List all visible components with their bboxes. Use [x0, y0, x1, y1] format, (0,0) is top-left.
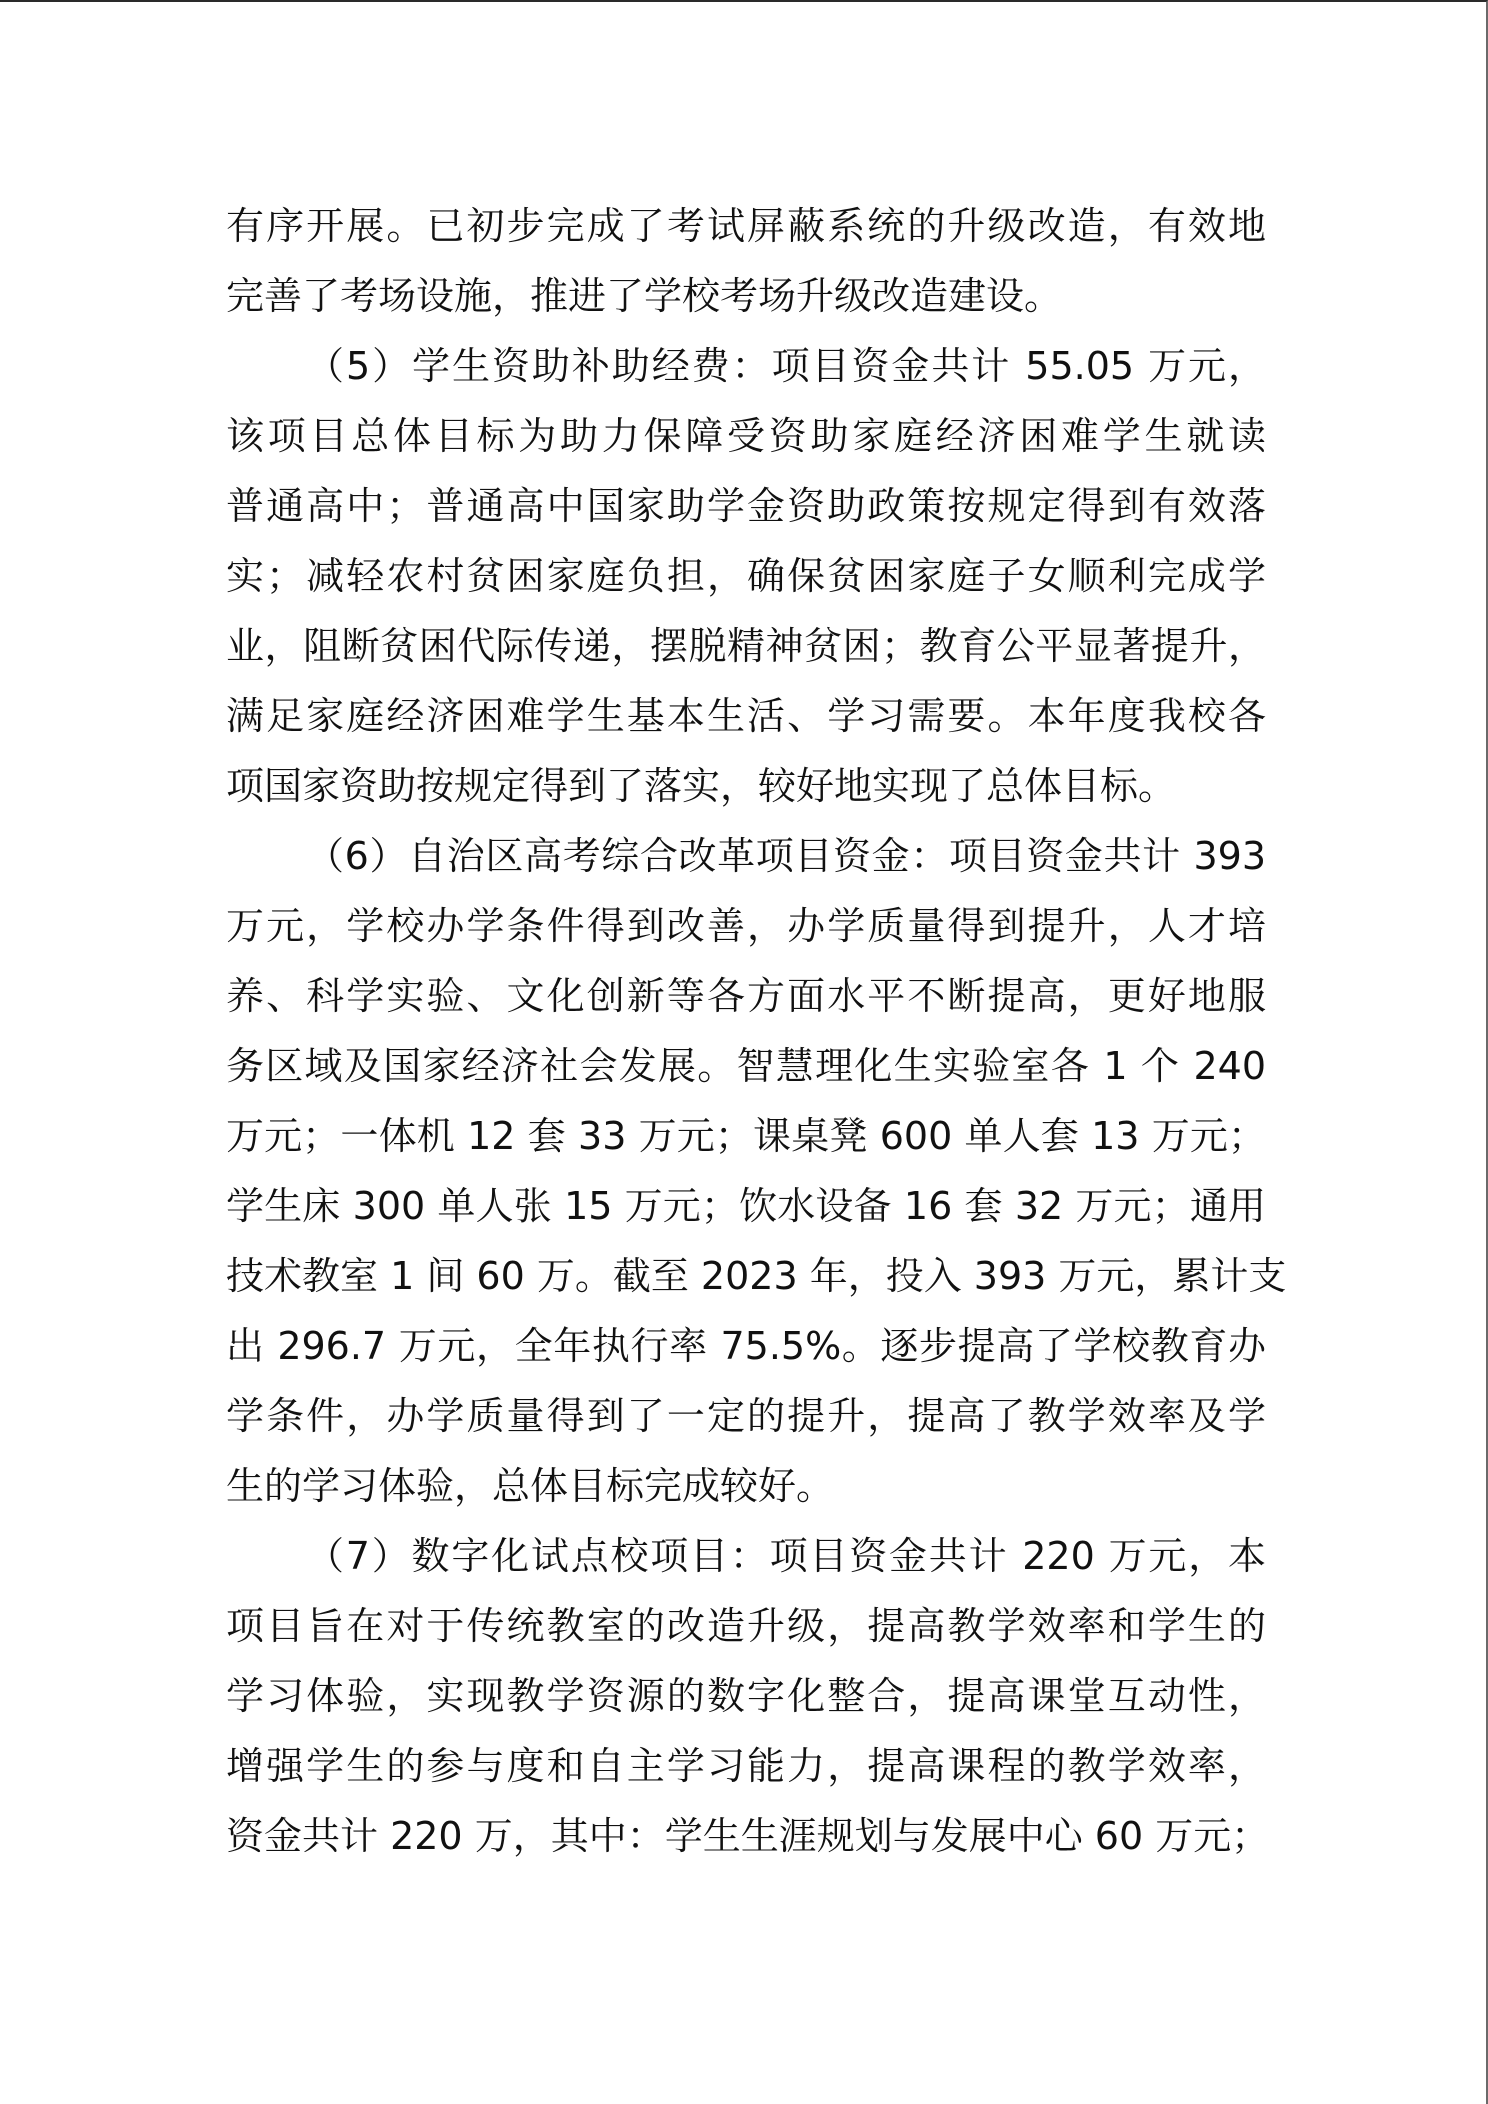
text-line: 出 296.7 万元，全年执行率 75.5%。逐步提高了学校教育办 — [226, 1311, 1266, 1381]
text-line: 万元，学校办学条件得到改善，办学质量得到提升，人才培 — [226, 891, 1266, 961]
text-line: 学习体验，实现教学资源的数字化整合，提高课堂互动性， — [226, 1661, 1266, 1731]
text-line: 万元；一体机 12 套 33 万元；课桌凳 600 单人套 13 万元； — [226, 1101, 1266, 1171]
text-line: 学生床 300 单人张 15 万元；饮水设备 16 套 32 万元；通用 — [226, 1171, 1266, 1241]
text-line: 技术教室 1 间 60 万。截至 2023 年，投入 393 万元，累计支 — [226, 1241, 1266, 1311]
paragraph-item-5: （5）学生资助补助经费：项目资金共计 55.05 万元， 该项目总体目标为助力保… — [226, 331, 1266, 821]
text-line: 项国家资助按规定得到了落实，较好地实现了总体目标。 — [226, 751, 1266, 821]
document-page: 有序开展。已初步完成了考试屏蔽系统的升级改造，有效地 完善了考场设施，推进了学校… — [0, 0, 1488, 2104]
document-body: 有序开展。已初步完成了考试屏蔽系统的升级改造，有效地 完善了考场设施，推进了学校… — [226, 191, 1266, 1871]
text-line: 务区域及国家经济社会发展。智慧理化生实验室各 1 个 240 — [226, 1031, 1266, 1101]
text-line: 满足家庭经济困难学生基本生活、学习需要。本年度我校各 — [226, 681, 1266, 751]
text-line: 增强学生的参与度和自主学习能力，提高课程的教学效率， — [226, 1731, 1266, 1801]
text-line-indented: （5）学生资助补助经费：项目资金共计 55.05 万元， — [226, 331, 1266, 401]
text-line: 养、科学实验、文化创新等各方面水平不断提高，更好地服 — [226, 961, 1266, 1031]
paragraph-item-7: （7）数字化试点校项目：项目资金共计 220 万元，本 项目旨在对于传统教室的改… — [226, 1521, 1266, 1871]
paragraph-item-6: （6）自治区高考综合改革项目资金：项目资金共计 393 万元，学校办学条件得到改… — [226, 821, 1266, 1521]
text-line-indented: （6）自治区高考综合改革项目资金：项目资金共计 393 — [226, 821, 1266, 891]
text-line: 资金共计 220 万，其中：学生生涯规划与发展中心 60 万元； — [226, 1801, 1266, 1871]
text-line: 完善了考场设施，推进了学校考场升级改造建设。 — [226, 261, 1266, 331]
text-line: 生的学习体验，总体目标完成较好。 — [226, 1451, 1266, 1521]
text-line: 有序开展。已初步完成了考试屏蔽系统的升级改造，有效地 — [226, 191, 1266, 261]
text-line: 普通高中；普通高中国家助学金资助政策按规定得到有效落 — [226, 471, 1266, 541]
text-line: 实；减轻农村贫困家庭负担，确保贫困家庭子女顺利完成学 — [226, 541, 1266, 611]
text-line: 业，阻断贫困代际传递，摆脱精神贫困；教育公平显著提升， — [226, 611, 1266, 681]
paragraph-continued: 有序开展。已初步完成了考试屏蔽系统的升级改造，有效地 完善了考场设施，推进了学校… — [226, 191, 1266, 331]
text-line: 学条件，办学质量得到了一定的提升，提高了教学效率及学 — [226, 1381, 1266, 1451]
text-line: 项目旨在对于传统教室的改造升级，提高教学效率和学生的 — [226, 1591, 1266, 1661]
text-line: 该项目总体目标为助力保障受资助家庭经济困难学生就读 — [226, 401, 1266, 471]
text-line-indented: （7）数字化试点校项目：项目资金共计 220 万元，本 — [226, 1521, 1266, 1591]
